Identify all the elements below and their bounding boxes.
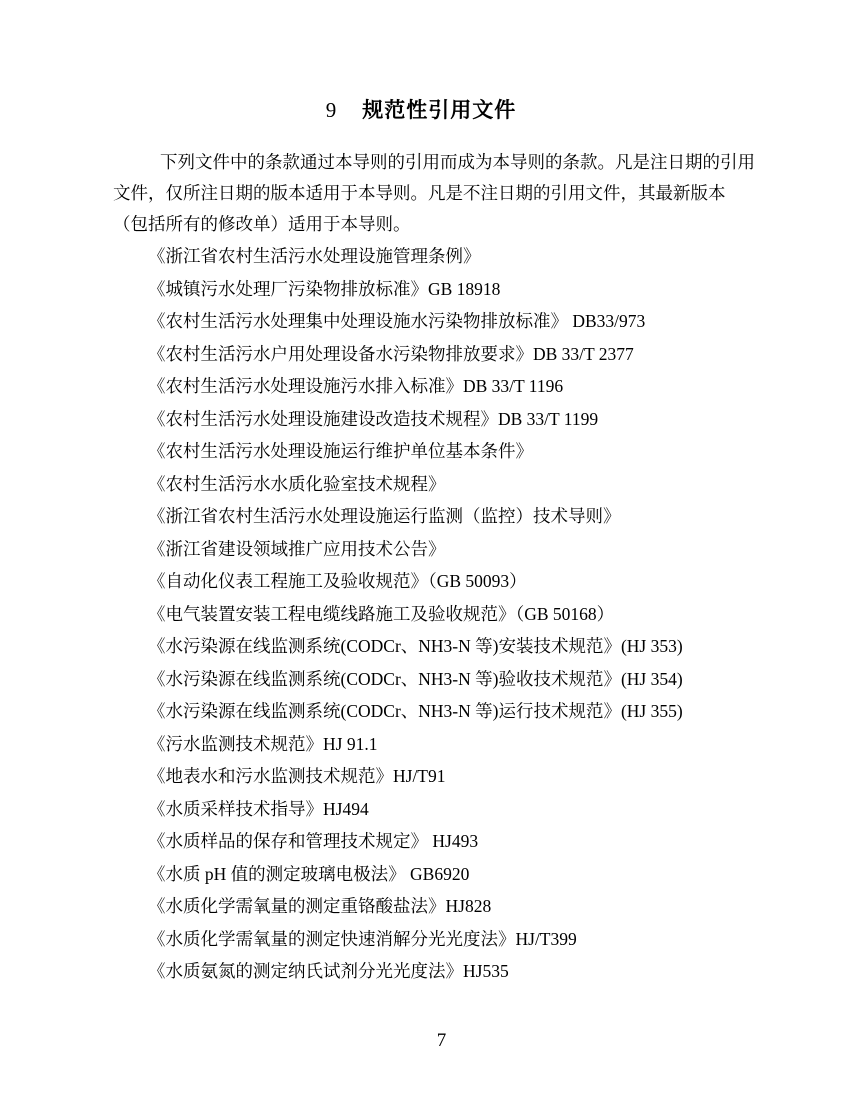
reference-item: 《水质氨氮的测定纳氏试剂分光光度法》HJ535 xyxy=(113,955,729,988)
reference-item: 《城镇污水处理厂污染物排放标准》GB 18918 xyxy=(113,273,729,306)
intro-paragraph: 下列文件中的条款通过本导则的引用而成为本导则的条款。凡是注日期的引用 文件，仅所… xyxy=(113,147,729,240)
reference-item: 《自动化仪表工程施工及验收规范》（GB 50093） xyxy=(113,565,729,598)
reference-item: 《污水监测技术规范》HJ 91.1 xyxy=(113,728,729,761)
reference-item: 《农村生活污水水质化验室技术规程》 xyxy=(113,468,729,501)
reference-item: 《农村生活污水户用处理设备水污染物排放要求》DB 33/T 2377 xyxy=(113,338,729,371)
reference-item: 《农村生活污水处理设施建设改造技术规程》DB 33/T 1199 xyxy=(113,403,729,436)
section-number: 9 xyxy=(326,98,337,122)
page-number: 7 xyxy=(415,1029,468,1053)
reference-list: 《浙江省农村生活污水处理设施管理条例》 《城镇污水处理厂污染物排放标准》GB 1… xyxy=(113,240,729,988)
reference-item: 《浙江省农村生活污水处理设施管理条例》 xyxy=(113,240,729,273)
reference-item: 《水质样品的保存和管理技术规定》 HJ493 xyxy=(113,825,729,858)
reference-item: 《水质化学需氧量的测定重铬酸盐法》HJ828 xyxy=(113,890,729,923)
text-block: 9规范性引用文件 下列文件中的条款通过本导则的引用而成为本导则的条款。凡是注日期… xyxy=(113,0,729,988)
intro-line: 下列文件中的条款通过本导则的引用而成为本导则的条款。凡是注日期的引用 xyxy=(113,147,729,178)
reference-item: 《电气装置安装工程电缆线路施工及验收规范》（GB 50168） xyxy=(113,598,729,631)
reference-item: 《浙江省农村生活污水处理设施运行监测（监控）技术导则》 xyxy=(113,500,729,533)
reference-item: 《水质 pH 值的测定玻璃电极法》 GB6920 xyxy=(113,858,729,891)
document-page: 9规范性引用文件 下列文件中的条款通过本导则的引用而成为本导则的条款。凡是注日期… xyxy=(0,0,850,1100)
section-title: 规范性引用文件 xyxy=(362,99,516,122)
reference-item: 《农村生活污水处理设施污水排入标准》DB 33/T 1196 xyxy=(113,370,729,403)
reference-item: 《水质化学需氧量的测定快速消解分光光度法》HJ/T399 xyxy=(113,923,729,956)
reference-item: 《农村生活污水处理设施运行维护单位基本条件》 xyxy=(113,435,729,468)
page-title: 9规范性引用文件 xyxy=(113,95,729,126)
reference-item: 《农村生活污水处理集中处理设施水污染物排放标准》 DB33/973 xyxy=(113,305,729,338)
reference-item: 《水质采样技术指导》HJ494 xyxy=(113,793,729,826)
reference-item: 《地表水和污水监测技术规范》HJ/T91 xyxy=(113,760,729,793)
intro-line: 文件，仅所注日期的版本适用于本导则。凡是不注日期的引用文件，其最新版本 xyxy=(113,178,729,209)
reference-item: 《水污染源在线监测系统(CODCr、NH3-N 等)运行技术规范》(HJ 355… xyxy=(113,695,729,728)
reference-item: 《浙江省建设领域推广应用技术公告》 xyxy=(113,533,729,566)
reference-item: 《水污染源在线监测系统(CODCr、NH3-N 等)验收技术规范》(HJ 354… xyxy=(113,663,729,696)
intro-line: （包括所有的修改单）适用于本导则。 xyxy=(113,209,729,240)
reference-item: 《水污染源在线监测系统(CODCr、NH3-N 等)安装技术规范》(HJ 353… xyxy=(113,630,729,663)
